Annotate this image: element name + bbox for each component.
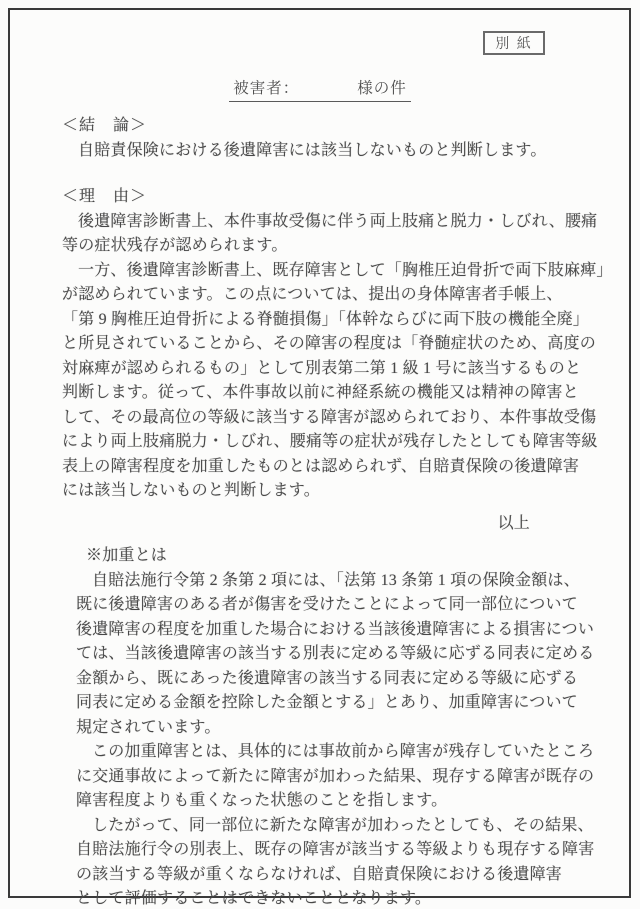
attachment-label-box: 別 紙 bbox=[483, 31, 545, 55]
reason-paragraph-1: 後遺障害診断書上、本件事故受傷に伴う両上肢痛と脱力・しびれ、腰痛 等の症状残存が… bbox=[62, 210, 580, 259]
note-paragraph-3: したがって、同一部位に新たな障害が加わったとしても、その結果、 自賠法施行令の別… bbox=[76, 814, 580, 909]
attachment-label: 別 紙 bbox=[495, 33, 533, 53]
note-paragraph-1: 自賠法施行令第 2 条第 2 項には、「法第 13 条第 1 項の保険金額は、 … bbox=[76, 569, 580, 741]
weighting-note-section: ※加重とは 自賠法施行令第 2 条第 2 項には、「法第 13 条第 1 項の保… bbox=[62, 544, 580, 909]
subject-line: 被害者：様の件 bbox=[0, 76, 640, 102]
closing-label: 以上 bbox=[62, 512, 580, 537]
note-paragraph-2: この加重障害とは、具体的には事故前から障害が残存していたところ に交通事故によっ… bbox=[76, 740, 580, 814]
subject-underlined: 被害者：様の件 bbox=[229, 76, 411, 102]
document-body: ＜結 論＞ 自賠責保険における後遺障害には該当しないものと判断します。 ＜理 由… bbox=[62, 114, 580, 909]
reason-heading: ＜理 由＞ bbox=[62, 185, 580, 210]
document-page: 別 紙 被害者：様の件 ＜結 論＞ 自賠責保険における後遺障害には該当しないもの… bbox=[0, 0, 640, 909]
victim-label: 被害者： bbox=[233, 80, 299, 97]
reason-paragraph-2: 一方、後遺障害診断書上、既存障害として「胸椎圧迫骨折で両下肢麻痺」 が認められて… bbox=[62, 259, 580, 504]
subject-suffix: 様の件 bbox=[357, 80, 407, 97]
note-heading: ※加重とは bbox=[86, 544, 580, 569]
conclusion-heading: ＜結 論＞ bbox=[62, 114, 580, 139]
conclusion-body: 自賠責保険における後遺障害には該当しないものと判断します。 bbox=[62, 139, 580, 164]
